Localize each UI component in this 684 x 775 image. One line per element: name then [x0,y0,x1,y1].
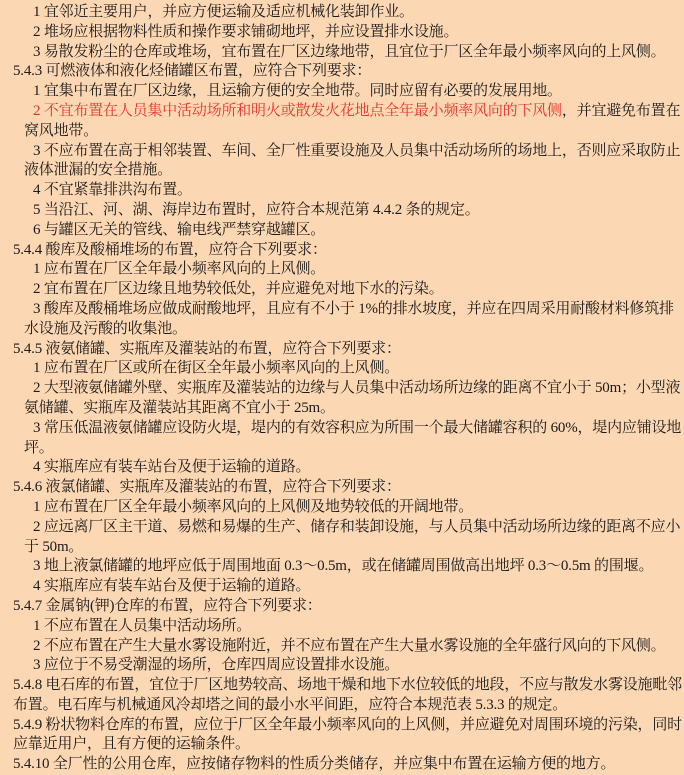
text-segment: 5.4.10 全厂性的公用仓库，应按储存物料的性质分类储存，并应集中布置在运输方… [13,756,615,772]
text-line: 3 地上液氯储罐的地坪应低于周围地面 0.3～0.5m，或在储罐周围做高出地坪 … [33,557,684,577]
text-line: 5.4.7 金属钠(钾)仓库的布置，应符合下列要求： [13,597,684,617]
text-segment: 3 应位于不易受潮湿的场所，仓库四周应设置排水设施。 [33,657,399,673]
text-line: 3 应位于不易受潮湿的场所，仓库四周应设置排水设施。 [33,656,684,676]
text-line: 1 宜邻近主要用户，并应方便运输及适应机械化装卸作业。 [33,3,684,23]
text-line: 5.4.8 电石库的布置，宜位于厂区地势较高、场地干燥和地下水位较低的地段，不应… [13,676,684,696]
text-segment: 1 应布置在厂区全年最小频率风向的上风侧及地势较低的开阔地带。 [33,499,473,515]
text-line: 1 应布置在厂区全年最小频率风向的上风侧及地势较低的开阔地带。 [33,498,684,518]
text-segment: 3 地上液氯储罐的地坪应低于周围地面 0.3～0.5m，或在储罐周围做高出地坪 … [33,558,653,574]
text-line: 2 宜布置在厂区边缘且地势较低处，并应避免对地下水的污染。 [33,280,684,300]
text-line: 5.4.3 可燃液体和液化烃储罐区布置，应符合下列要求： [13,62,684,82]
text-segment: 5.4.8 电石库的布置，宜位于厂区地势较高、场地干燥和地下水位较低的地段，不应… [13,677,682,693]
text-segment: 液体泄漏的安全措施。 [24,162,172,178]
text-segment: 1 宜邻近主要用户，并应方便运输及适应机械化装卸作业。 [33,4,414,20]
text-segment: 2 大型液氨储罐外壁、实瓶库及灌装站的边缘与人员集中活动场所边缘的距离不宜小于 … [33,380,680,396]
text-line: 1 应布置在厂区全年最小频率风向的上风侧。 [33,260,684,280]
text-segment: 4 实瓶库应有装车站台及便于运输的道路。 [33,578,310,594]
text-segment: 布置。电石库与机械通风冷却塔之间的最小水平间距，应符合本规范表 5.3.3 的规… [13,697,567,713]
text-segment: 窝风地带。 [24,123,98,139]
text-segment: 氨储罐、实瓶库及灌装站其距离不宜小于 25m。 [24,400,335,416]
text-segment: 4 实瓶库应有装车站台及便于运输的道路。 [33,459,310,475]
text-line: 3 酸库及酸桶堆场应做成耐酸地坪，且应有不小于 1%的排水坡度，并应在四周采用耐… [33,300,684,320]
text-line: 3 常压低温液氨储罐应设防火堤，堤内的有效容积应为所围一个最大储罐容积的 60%… [33,419,684,439]
text-line: 6 与罐区无关的管线、输电线严禁穿越罐区。 [33,221,684,241]
text-line: 窝风地带。 [24,122,684,142]
text-line: 5.4.9 粉状物料仓库的布置，应位于厂区全年最小频率风向的上风侧，并应避免对周… [13,716,684,736]
text-line: 5 当沿江、河、湖、海岸边布置时，应符合本规范第 4.4.2 条的规定。 [33,201,684,221]
text-segment: 5.4.4 酸库及酸桶堆场的布置，应符合下列要求： [13,242,327,258]
text-segment: 4 不宜紧靠排洪沟布置。 [33,182,192,198]
text-segment: 5.4.7 金属钠(钾)仓库的布置，应符合下列要求： [13,598,322,614]
text-segment: 5.4.9 粉状物料仓库的布置，应位于厂区全年最小频率风向的上风侧，并应避免对周… [13,717,682,733]
document-page: 1 宜邻近主要用户，并应方便运输及适应机械化装卸作业。2 堆场应根据物料性质和操… [0,0,684,775]
text-segment: 1 宜集中布置在厂区边缘，且运输方便的安全地带。同时应留有必要的发展用地。 [33,83,562,99]
text-line: 3 不应布置在高于相邻装置、车间、全厂性重要设施及人员集中活动场所的场地上，否则… [33,142,684,162]
text-line: 2 不应布置在产生大量水雾设施附近，并不应布置在产生大量水雾设施的全年盛行风向的… [33,637,684,657]
text-segment: 2 宜布置在厂区边缘且地势较低处，并应避免对地下水的污染。 [33,281,443,297]
text-line: 4 不宜紧靠排洪沟布置。 [33,181,684,201]
text-line: 应靠近用户，且有方便的运输条件。 [13,735,684,755]
text-line: 2 大型液氨储罐外壁、实瓶库及灌装站的边缘与人员集中活动场所边缘的距离不宜小于 … [33,379,684,399]
text-line: 3 易散发粉尘的仓库或堆场，宜布置在厂区边缘地带，且宜位于厂区全年最小频率风向的… [33,43,684,63]
text-segment: 1 应布置在厂区全年最小频率风向的上风侧。 [33,261,325,277]
text-line: 1 宜集中布置在厂区边缘，且运输方便的安全地带。同时应留有必要的发展用地。 [33,82,684,102]
text-line: 水设施及污酸的收集池。 [24,320,684,340]
text-line: 4 实瓶库应有装车站台及便于运输的道路。 [33,577,684,597]
text-line: 1 不应布置在人员集中活动场所。 [33,617,684,637]
text-segment: 坪。 [24,440,54,456]
text-segment: 于 50m。 [24,539,83,555]
text-segment: 3 不应布置在高于相邻装置、车间、全厂性重要设施及人员集中活动场所的场地上，否则… [33,143,680,159]
text-segment: 6 与罐区无关的管线、输电线严禁穿越罐区。 [33,222,325,238]
document-body: 1 宜邻近主要用户，并应方便运输及适应机械化装卸作业。2 堆场应根据物料性质和操… [0,3,684,775]
text-line: 氨储罐、实瓶库及灌装站其距离不宜小于 25m。 [24,399,684,419]
text-line: 布置。电石库与机械通风冷却塔之间的最小水平间距，应符合本规范表 5.3.3 的规… [13,696,684,716]
text-segment: 5.4.3 可燃液体和液化烃储罐区布置，应符合下列要求： [13,63,371,79]
text-line: 1 应布置在厂区或所在街区全年最小频率风向的上风侧。 [33,359,684,379]
text-segment: 1 不应布置在人员集中活动场所。 [33,618,251,634]
text-line: 2 堆场应根据物料性质和操作要求铺砌地坪，并应设置排水设施。 [33,23,684,43]
text-segment: 2 不应布置在产生大量水雾设施附近，并不应布置在产生大量水雾设施的全年盛行风向的… [33,638,665,654]
text-segment: 水设施及污酸的收集池。 [24,321,187,337]
text-segment: 1 应布置在厂区或所在街区全年最小频率风向的上风侧。 [33,360,399,376]
text-line: 5.4.10 全厂性的公用仓库，应按储存物料的性质分类储存，并应集中布置在运输方… [13,755,684,775]
text-segment: 5.4.5 液氨储罐、实瓶库及灌装站的布置，应符合下列要求： [13,341,401,357]
text-line: 5.4.6 液氯储罐、实瓶库及灌装站的布置，应符合下列要求： [13,478,684,498]
text-line: 5.4.5 液氨储罐、实瓶库及灌装站的布置，应符合下列要求： [13,340,684,360]
text-line: 4 实瓶库应有装车站台及便于运输的道路。 [33,458,684,478]
text-line: 2 应远离厂区主干道、易燃和易爆的生产、储存和装卸设施，与人员集中活动场所边缘的… [33,518,684,538]
highlighted-clause: 2 不宜布置在人员集中活动场所和明火或散发火花地点全年最小频率风向的下风侧 [33,103,562,119]
text-line: 坪。 [24,439,684,459]
text-line: 5.4.4 酸库及酸桶堆场的布置，应符合下列要求： [13,241,684,261]
text-segment: 应靠近用户，且有方便的运输条件。 [13,736,250,752]
text-segment: 5 当沿江、河、湖、海岸边布置时，应符合本规范第 4.4.2 条的规定。 [33,202,480,218]
text-segment: 3 易散发粉尘的仓库或堆场，宜布置在厂区边缘地带，且宜位于厂区全年最小频率风向的… [33,44,665,60]
text-line: 于 50m。 [24,538,684,558]
text-segment: 2 应远离厂区主干道、易燃和易爆的生产、储存和装卸设施，与人员集中活动场所边缘的… [33,519,680,535]
text-segment: 3 酸库及酸桶堆场应做成耐酸地坪，且应有不小于 1%的排水坡度，并应在四周采用耐… [33,301,674,317]
text-line: 液体泄漏的安全措施。 [24,161,684,181]
text-segment: 3 常压低温液氨储罐应设防火堤，堤内的有效容积应为所围一个最大储罐容积的 60%… [33,420,681,436]
text-segment: 5.4.6 液氯储罐、实瓶库及灌装站的布置，应符合下列要求： [13,479,401,495]
text-line: 2 不宜布置在人员集中活动场所和明火或散发火花地点全年最小频率风向的下风侧，并宜… [33,102,684,122]
text-segment: 2 堆场应根据物料性质和操作要求铺砌地坪，并应设置排水设施。 [33,24,458,40]
text-segment: ，并宜避免布置在 [562,103,680,119]
